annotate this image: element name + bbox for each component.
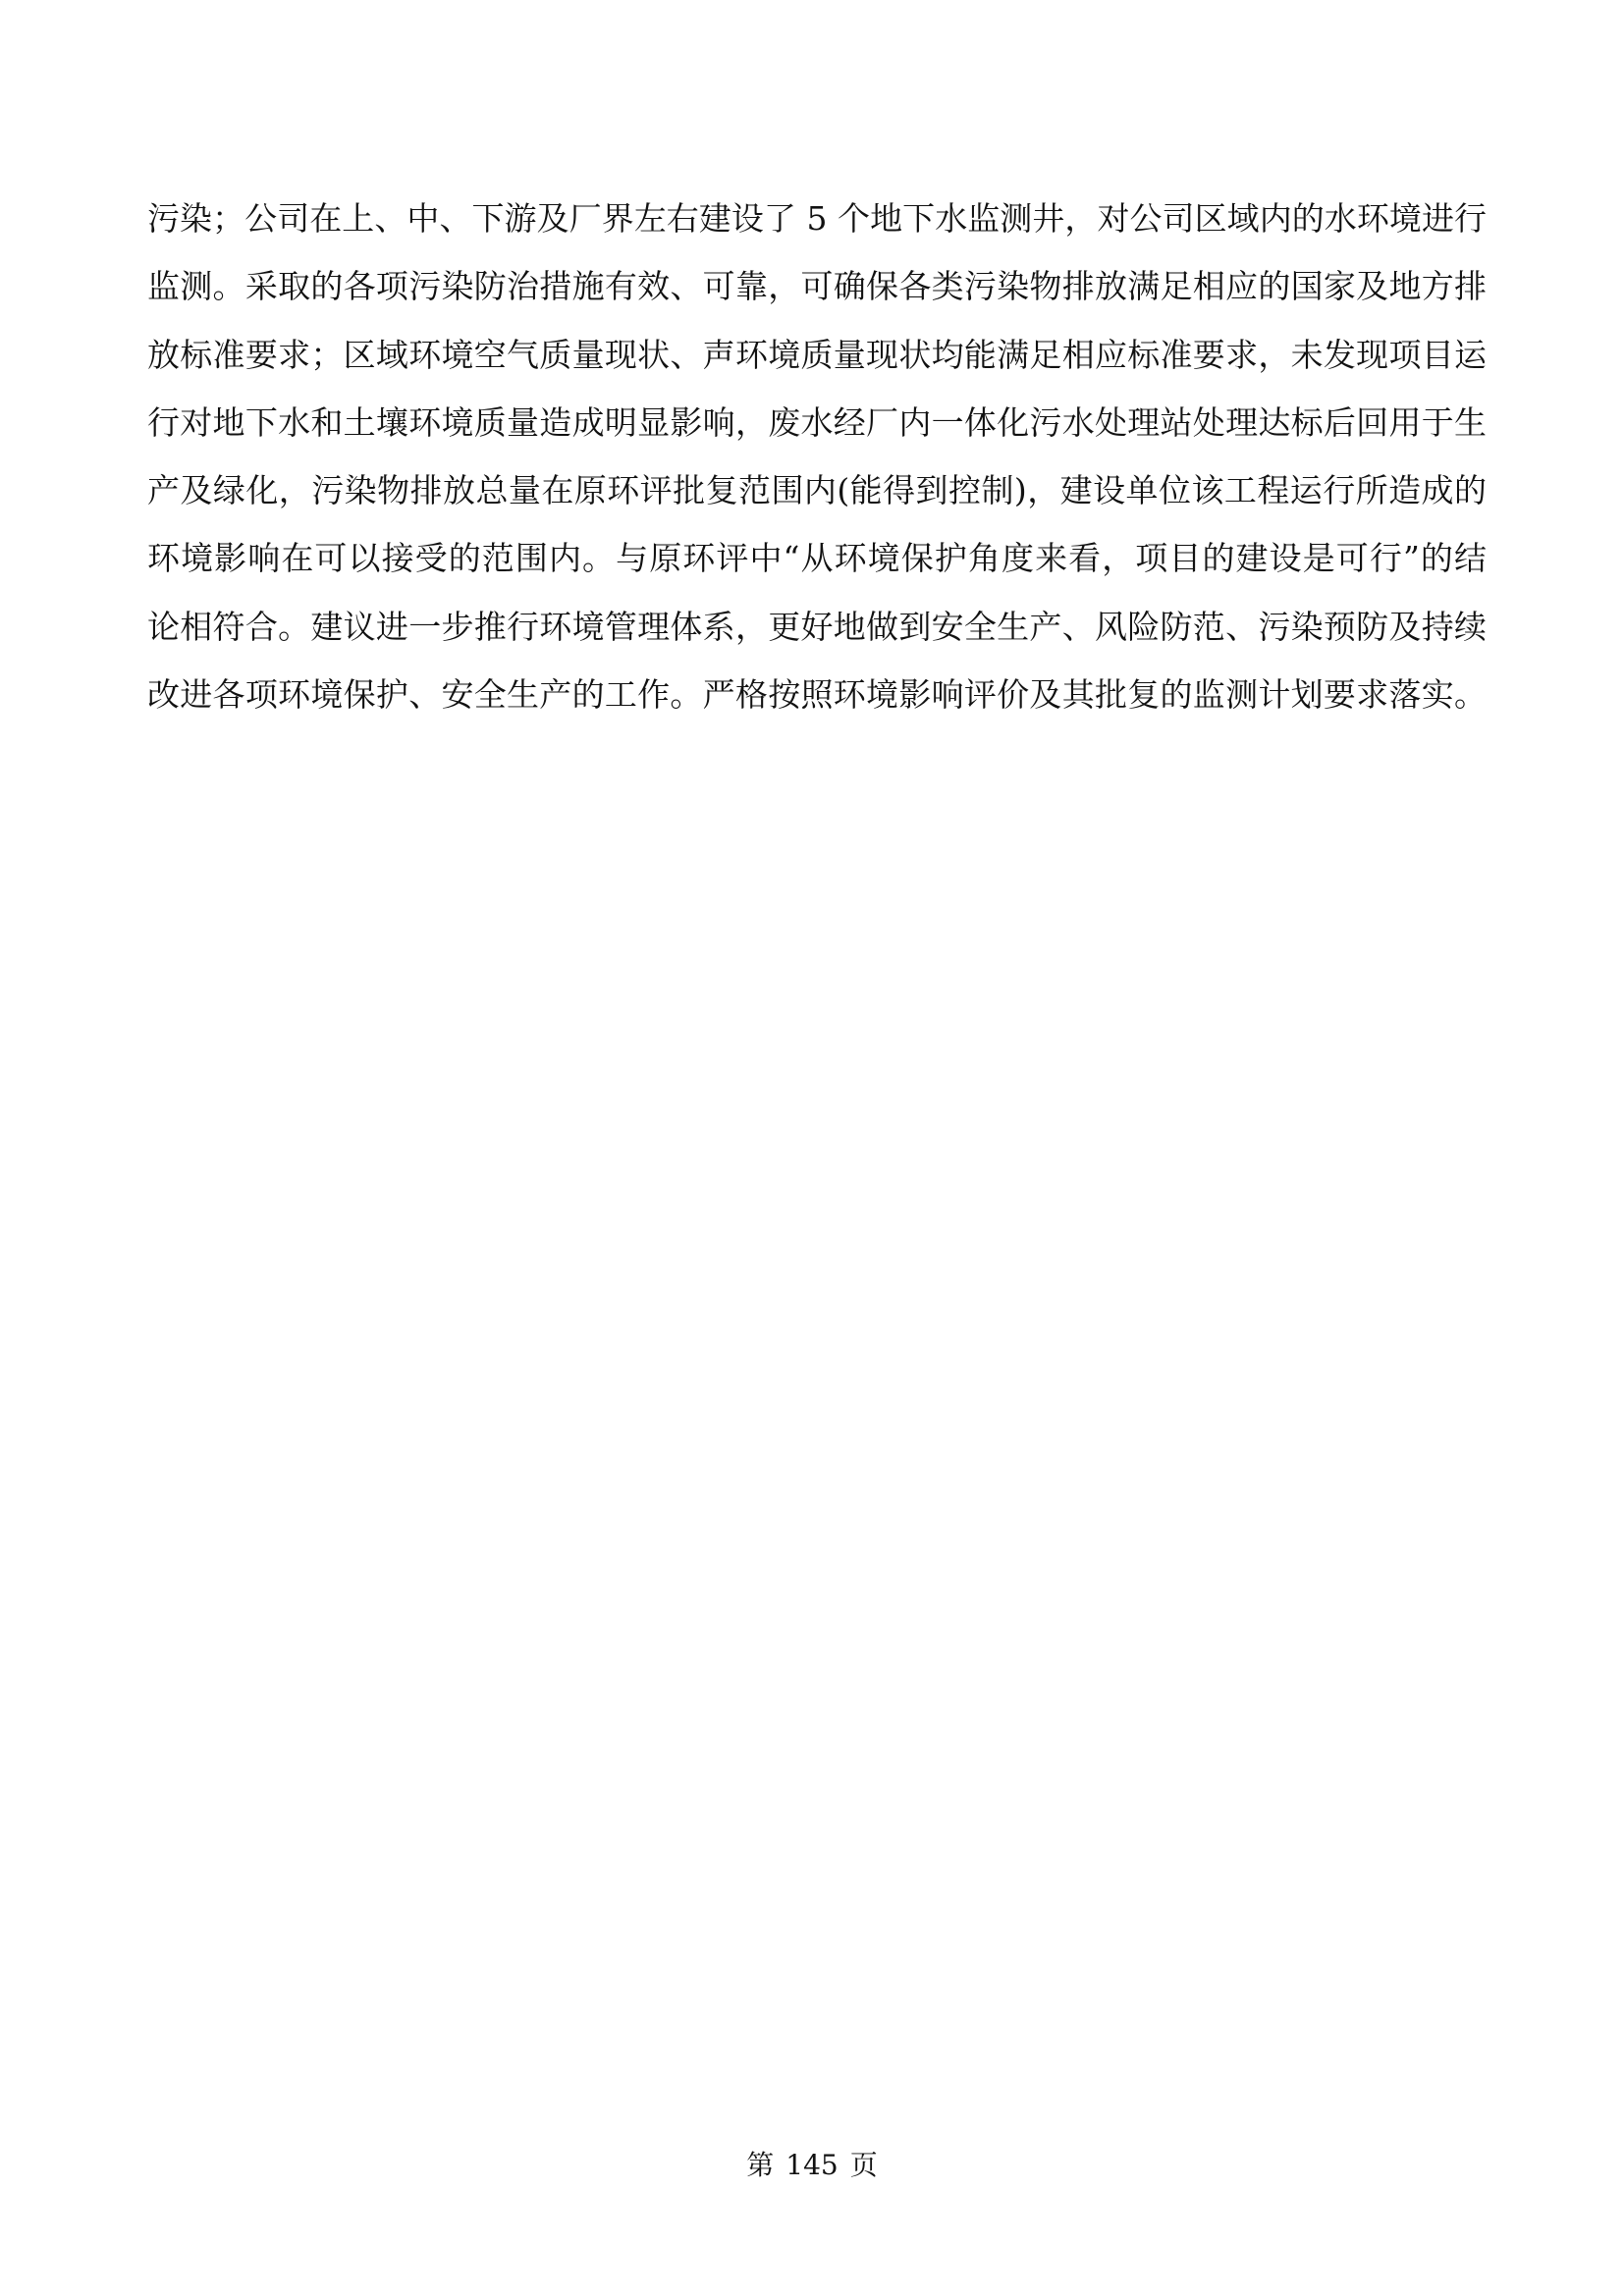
paragraph-line: 环境影响在可以接受的范围内。与原环评中“从环境保护角度来看，项目的建设是可行”的… — [147, 524, 1487, 592]
paragraph-line: 放标准要求；区域环境空气质量现状、声环境质量现状均能满足相应标准要求，未发现项目… — [147, 321, 1487, 389]
document-page: 污染；公司在上、中、下游及厂界左右建设了 5 个地下水监测井，对公司区域内的水环… — [0, 0, 1624, 2296]
page-number: 145 — [785, 2149, 838, 2181]
paragraph-line: 监测。采取的各项污染防治措施有效、可靠，可确保各类污染物排放满足相应的国家及地方… — [147, 252, 1487, 320]
page-footer: 第145页 — [0, 2148, 1624, 2183]
paragraph-line: 改进各项环境保护、安全生产的工作。严格按照环境影响评价及其批复的监测计划要求落实… — [147, 661, 1487, 728]
paragraph-line: 污染；公司在上、中、下游及厂界左右建设了 5 个地下水监测井，对公司区域内的水环… — [147, 185, 1487, 252]
paragraph-line: 论相符合。建议进一步推行环境管理体系，更好地做到安全生产、风险防范、污染预防及持… — [147, 593, 1487, 661]
paragraph-line: 产及绿化，污染物排放总量在原环评批复范围内(能得到控制)，建设单位该工程运行所造… — [147, 456, 1487, 524]
page-label-prefix: 第 — [746, 2149, 774, 2181]
paragraph-line: 行对地下水和土壤环境质量造成明显影响，废水经厂内一体化污水处理站处理达标后回用于… — [147, 389, 1487, 456]
body-paragraph: 污染；公司在上、中、下游及厂界左右建设了 5 个地下水监测井，对公司区域内的水环… — [147, 185, 1487, 728]
page-label-suffix: 页 — [850, 2149, 878, 2181]
